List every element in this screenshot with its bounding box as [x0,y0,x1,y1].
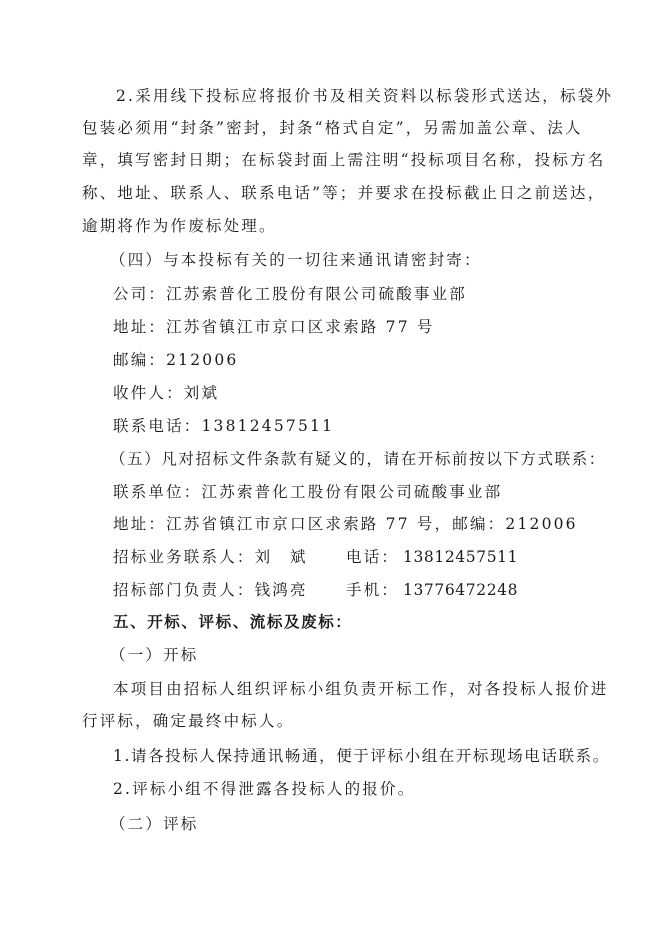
list-item-1: 1.请各投标人保持通讯畅通，便于评标小组在开标现场电话联系。 [113,746,610,766]
list-item-2: 2.评标小组不得泄露各投标人的报价。 [113,779,415,799]
business-contact-line: 招标业务联系人：刘 斌 [113,547,308,567]
postcode-line: 邮编：212006 [113,350,238,370]
paragraph-line: 2.采用线下投标应将报价书及相关资料以标袋形式送达，标袋外 [116,86,613,106]
subsection-heading-4: （四）与本投标有关的一切往来通讯请密封寄： [110,250,482,270]
subsection-opening: （一）开标 [110,645,199,665]
business-phone-value: 13812457511 [403,547,518,567]
contact-address-line: 地址：江苏省镇江市京口区求索路 77 号，邮编：212006 [113,514,578,534]
business-phone-label: 电话： [346,547,399,567]
mobile-value: 13776472248 [403,580,518,600]
subsection-heading-5: （五）凡对招标文件条款有疑义的，请在开标前按以下方式联系： [110,449,606,469]
paragraph-line: 行评标，确定最终中标人。 [82,711,294,731]
paragraph-line: 称、地址、联系人、联系电话”等；并要求在投标截止日之前送达， [82,183,605,203]
phone-line: 联系电话：13812457511 [113,416,334,436]
paragraph-line: 本项目由招标人组织评标小组负责开标工作，对各投标人报价进 [113,679,609,699]
paragraph-line: 逾期将作为作废标处理。 [82,216,277,236]
dept-head-line: 招标部门负责人：钱鸿亮 [113,580,308,600]
paragraph-line: 包装必须用“封条”密封，封条“格式自定”，另需加盖公章、法人 [82,118,583,138]
subsection-evaluation: （二）评标 [110,814,199,834]
contact-unit-line: 联系单位：江苏索普化工股份有限公司硫酸事业部 [113,482,502,502]
address-line: 地址：江苏省镇江市京口区求索路 77 号 [113,317,435,337]
company-line: 公司：江苏索普化工股份有限公司硫酸事业部 [113,284,467,304]
section-heading-5: 五、开标、评标、流标及废标： [113,612,352,632]
paragraph-line: 章，填写密封日期；在标袋封面上需注明“投标项目名称，投标方名 [82,150,605,170]
recipient-line: 收件人：刘斌 [113,383,219,403]
mobile-label: 手机： [346,580,399,600]
